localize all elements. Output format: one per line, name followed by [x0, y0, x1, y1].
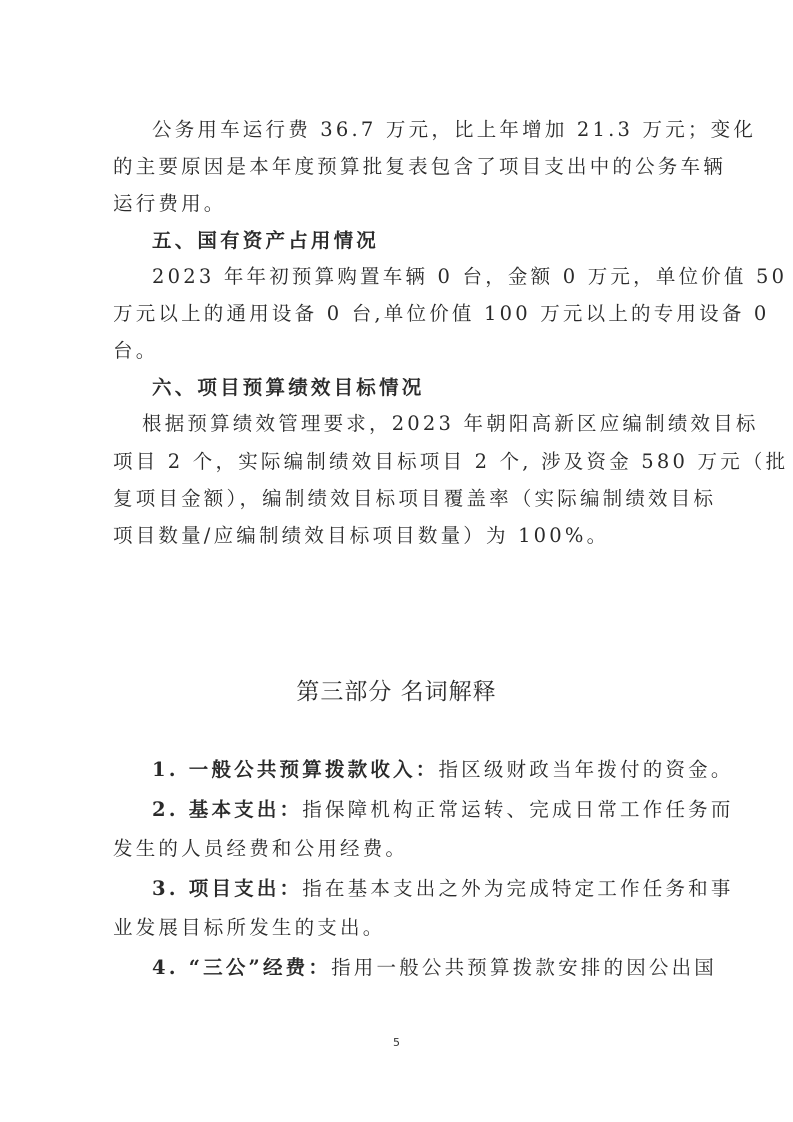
paragraph-line: 发生的人员经费和公用经费。: [113, 835, 693, 863]
paragraph-line: 台。: [113, 337, 693, 365]
term-label: 1. 一般公共预算拨款收入：: [152, 758, 438, 781]
part-heading: 第三部分 名词解释: [0, 676, 793, 708]
paragraph-line: 项目 2 个，实际编制绩效目标项目 2 个, 涉及资金 580 万元（批: [113, 448, 693, 476]
term-text: 指保障机构正常运转、完成日常工作任务而: [302, 798, 733, 821]
paragraph-line: 2023 年年初预算购置车辆 0 台，金额 0 万元，单位价值 50: [152, 263, 692, 291]
paragraph-line: 项目数量/应编制绩效目标项目数量）为 100%。: [113, 522, 693, 550]
paragraph-line: 万元以上的通用设备 0 台,单位价值 100 万元以上的专用设备 0: [113, 300, 693, 328]
term-text: 指用一般公共预算拨款安排的因公出国: [331, 956, 717, 979]
term-text: 指区级财政当年拨付的资金。: [438, 758, 733, 781]
paragraph-line: 公务用车运行费 36.7 万元，比上年增加 21.3 万元；变化: [152, 116, 692, 144]
section-title: 五、国有资产占用情况: [152, 227, 692, 255]
paragraph-line: 的主要原因是本年度预算批复表包含了项目支出中的公务车辆: [113, 153, 693, 181]
page-number: 5: [0, 1036, 793, 1049]
term-definition: 1. 一般公共预算拨款收入：指区级财政当年拨付的资金。: [152, 756, 692, 784]
term-definition: 3. 项目支出：指在基本支出之外为完成特定工作任务和事: [152, 875, 692, 903]
term-label: 4. “三公”经费：: [152, 956, 331, 979]
paragraph-line: 复项目金额），编制绩效目标项目覆盖率（实际编制绩效目标: [113, 485, 693, 513]
term-label: 2. 基本支出：: [152, 798, 302, 821]
term-definition: 2. 基本支出：指保障机构正常运转、完成日常工作任务而: [152, 796, 692, 824]
paragraph-line: 根据预算绩效管理要求，2023 年朝阳高新区应编制绩效目标: [142, 410, 722, 438]
section-title: 六、项目预算绩效目标情况: [152, 374, 692, 402]
term-definition: 4. “三公”经费：指用一般公共预算拨款安排的因公出国: [152, 954, 692, 982]
paragraph-line: 业发展目标所发生的支出。: [113, 914, 693, 942]
paragraph-line: 运行费用。: [113, 190, 693, 218]
term-label: 3. 项目支出：: [152, 877, 302, 900]
term-text: 指在基本支出之外为完成特定工作任务和事: [302, 877, 733, 900]
